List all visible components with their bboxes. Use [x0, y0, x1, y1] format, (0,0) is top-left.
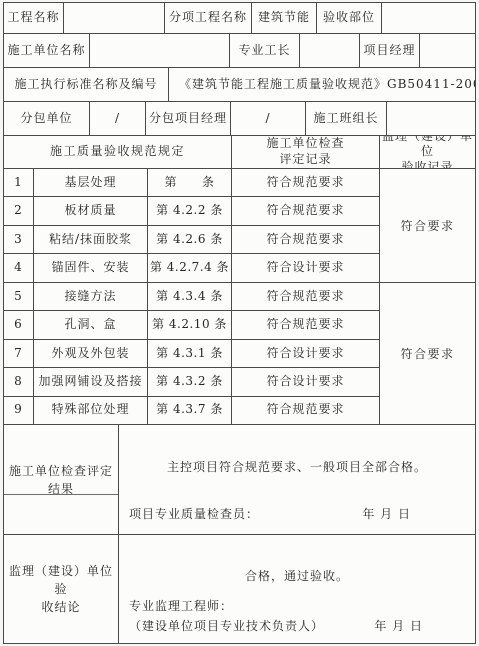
row-number: 5 — [4, 283, 34, 310]
supervision-conclusion-label-line1: 监理（建设）单位验 — [4, 562, 118, 598]
table-row: 4 锚固件、安装 第 4.2.7.4 条 符合设计要求 — [4, 254, 379, 282]
crew-leader-label: 施工班组长 — [306, 102, 387, 135]
project-name-label: 工程名称 — [4, 3, 64, 33]
info-row-project: 工程名称 分项工程名称 建筑节能 验收部位 — [4, 3, 475, 34]
table-row: 3 粘结/抹面胶浆 第 4.2.6 条 符合规范要求 — [4, 226, 379, 254]
crew-leader-value — [387, 102, 475, 135]
supervision-engineer-label: 专业监理工程师： — [129, 597, 233, 614]
table-row: 5 接缝方法 第 4.3.4 条 符合规范要求 — [4, 283, 379, 311]
contractor-check-result-label: 施工单位检查评定 结果 — [4, 425, 119, 534]
row-item: 加强网铺设及搭接 — [34, 368, 148, 395]
subcontract-manager-label: 分包项目经理 — [146, 102, 231, 135]
supervision-conclusion-label: 监理（建设）单位验 收结论 — [4, 535, 119, 643]
foreman-value — [300, 34, 360, 67]
row-clause: 第 4.3.7 条 — [148, 397, 232, 424]
supervision-conclusion-label-line2: 收结论 — [41, 598, 80, 616]
supervision-header-line2: 验收记录 — [401, 160, 453, 168]
row-clause: 第 4.2.2 条 — [148, 197, 232, 224]
check-date-placeholder: 年 月 日 — [362, 505, 411, 522]
row-item: 接缝方法 — [34, 283, 148, 310]
check-signature-row: 项目专业质量检查员： 年 月 日 — [129, 505, 411, 522]
check-conclusion-text: 主控项目符合规范要求、一般项目全部合格。 — [119, 458, 475, 475]
row-result: 符合设计要求 — [232, 340, 379, 367]
standard-value: 《建筑节能工程施工质量验收规范》GB50411-2007 — [169, 68, 475, 101]
contractor-check-header: 施工单位检查 评定记录 — [232, 136, 380, 168]
row-result: 符合规范要求 — [232, 226, 379, 253]
info-row-contractor: 施工单位名称 专业工长 项目经理 — [4, 34, 475, 68]
row-number: 2 — [4, 197, 34, 224]
table-row: 7 外观及外包装 第 4.3.1 条 符合设计要求 — [4, 340, 379, 368]
checklist-header: 施工质量验收规范规定 施工单位检查 评定记录 监理（建设）单位 验收记录 — [4, 136, 475, 169]
sub-project-label: 分项工程名称 — [165, 3, 252, 33]
supervision-result-block1: 符合要求 — [380, 169, 475, 283]
supervision-header: 监理（建设）单位 验收记录 — [380, 136, 475, 168]
label-divider-line — [4, 494, 118, 495]
contractor-name-label: 施工单位名称 — [4, 34, 90, 67]
supervision-record-column: 符合要求 符合要求 — [380, 169, 475, 424]
row-item: 外观及外包装 — [34, 340, 148, 367]
subcontractor-value: / — [90, 102, 146, 135]
supervision-conclusion-text: 合格，通过验收。 — [119, 567, 475, 584]
quality-inspector-label: 项目专业质量检查员： — [129, 505, 259, 522]
row-result: 符合规范要求 — [232, 283, 379, 310]
row-number: 4 — [4, 254, 34, 281]
row-item: 孔洞、盒 — [34, 311, 148, 338]
row-item: 基层处理 — [34, 169, 148, 196]
row-item: 粘结/抹面胶浆 — [34, 226, 148, 253]
project-manager-label: 项目经理 — [360, 34, 420, 67]
foreman-label: 专业工长 — [230, 34, 300, 67]
project-manager-value — [420, 34, 475, 67]
contractor-check-header-line1: 施工单位检查 — [266, 136, 344, 152]
subcontractor-label: 分包单位 — [4, 102, 90, 135]
row-number: 3 — [4, 226, 34, 253]
table-row: 1 基层处理 第 条 符合规范要求 — [4, 169, 379, 197]
row-number: 9 — [4, 397, 34, 424]
row-number: 8 — [4, 368, 34, 395]
info-row-standard: 施工执行标准名称及编号 《建筑节能工程施工质量验收规范》GB50411-2007 — [4, 68, 475, 102]
row-result: 符合规范要求 — [232, 397, 379, 424]
subcontract-manager-value: / — [231, 102, 306, 135]
row-number: 6 — [4, 311, 34, 338]
acceptance-part-value — [382, 3, 475, 33]
supervision-conclusion-body: 合格，通过验收。 专业监理工程师： （建设单位项目专业技术负责人） 年 月 日 — [119, 535, 475, 643]
table-row: 9 特殊部位处理 第 4.3.7 条 符合规范要求 — [4, 397, 379, 424]
row-number: 7 — [4, 340, 34, 367]
contractor-check-result-section: 施工单位检查评定 结果 主控项目符合规范要求、一般项目全部合格。 项目专业质量检… — [4, 425, 475, 535]
table-row: 6 孔洞、盒 第 4.2.10 条 符合规范要求 — [4, 311, 379, 339]
contractor-check-header-line2: 评定记录 — [279, 152, 331, 168]
checklist-body: 1 基层处理 第 条 符合规范要求 2 板材质量 第 4.2.2 条 符合规范要… — [4, 169, 475, 425]
supervision-signature-row: （建设单位项目专业技术负责人） 年 月 日 — [129, 617, 423, 634]
acceptance-part-label: 验收部位 — [317, 3, 382, 33]
standard-label: 施工执行标准名称及编号 — [4, 68, 169, 101]
contractor-check-result-label-line1: 施工单位检查评定 — [9, 462, 113, 480]
row-result: 符合规范要求 — [232, 197, 379, 224]
contractor-name-value — [90, 34, 230, 67]
supervision-result-block2: 符合要求 — [380, 283, 475, 424]
row-result: 符合设计要求 — [232, 254, 379, 281]
row-clause: 第 4.3.2 条 — [148, 368, 232, 395]
contractor-check-result-body: 主控项目符合规范要求、一般项目全部合格。 项目专业质量检查员： 年 月 日 — [119, 425, 475, 534]
sub-project-value: 建筑节能 — [252, 3, 317, 33]
supervision-conclusion-section: 监理（建设）单位验 收结论 合格，通过验收。 专业监理工程师： （建设单位项目专… — [4, 535, 475, 643]
row-result: 符合规范要求 — [232, 169, 379, 196]
info-row-subcontractor: 分包单位 / 分包项目经理 / 施工班组长 — [4, 102, 475, 136]
row-clause: 第 4.2.10 条 — [148, 311, 232, 338]
row-clause: 第 4.2.6 条 — [148, 226, 232, 253]
row-item: 板材质量 — [34, 197, 148, 224]
inspection-form: 工程名称 分项工程名称 建筑节能 验收部位 施工单位名称 专业工长 项目经理 施… — [3, 2, 476, 644]
row-clause: 第 4.3.4 条 — [148, 283, 232, 310]
row-number: 1 — [4, 169, 34, 196]
row-item: 锚固件、安装 — [34, 254, 148, 281]
row-clause: 第 4.2.7.4 条 — [148, 254, 232, 281]
supervision-date-placeholder: 年 月 日 — [374, 617, 423, 634]
table-row: 8 加强网铺设及搭接 第 4.3.2 条 符合设计要求 — [4, 368, 379, 396]
project-name-value — [64, 3, 165, 33]
owner-representative-label: （建设单位项目专业技术负责人） — [129, 617, 324, 634]
checklist-rows: 1 基层处理 第 条 符合规范要求 2 板材质量 第 4.2.2 条 符合规范要… — [4, 169, 380, 424]
spec-header: 施工质量验收规范规定 — [4, 136, 232, 168]
row-item: 特殊部位处理 — [34, 397, 148, 424]
row-clause: 第 条 — [148, 169, 232, 196]
row-clause: 第 4.3.1 条 — [148, 340, 232, 367]
row-result: 符合设计要求 — [232, 368, 379, 395]
row-result: 符合规范要求 — [232, 311, 379, 338]
table-row: 2 板材质量 第 4.2.2 条 符合规范要求 — [4, 197, 379, 225]
supervision-header-line1: 监理（建设）单位 — [380, 136, 475, 160]
